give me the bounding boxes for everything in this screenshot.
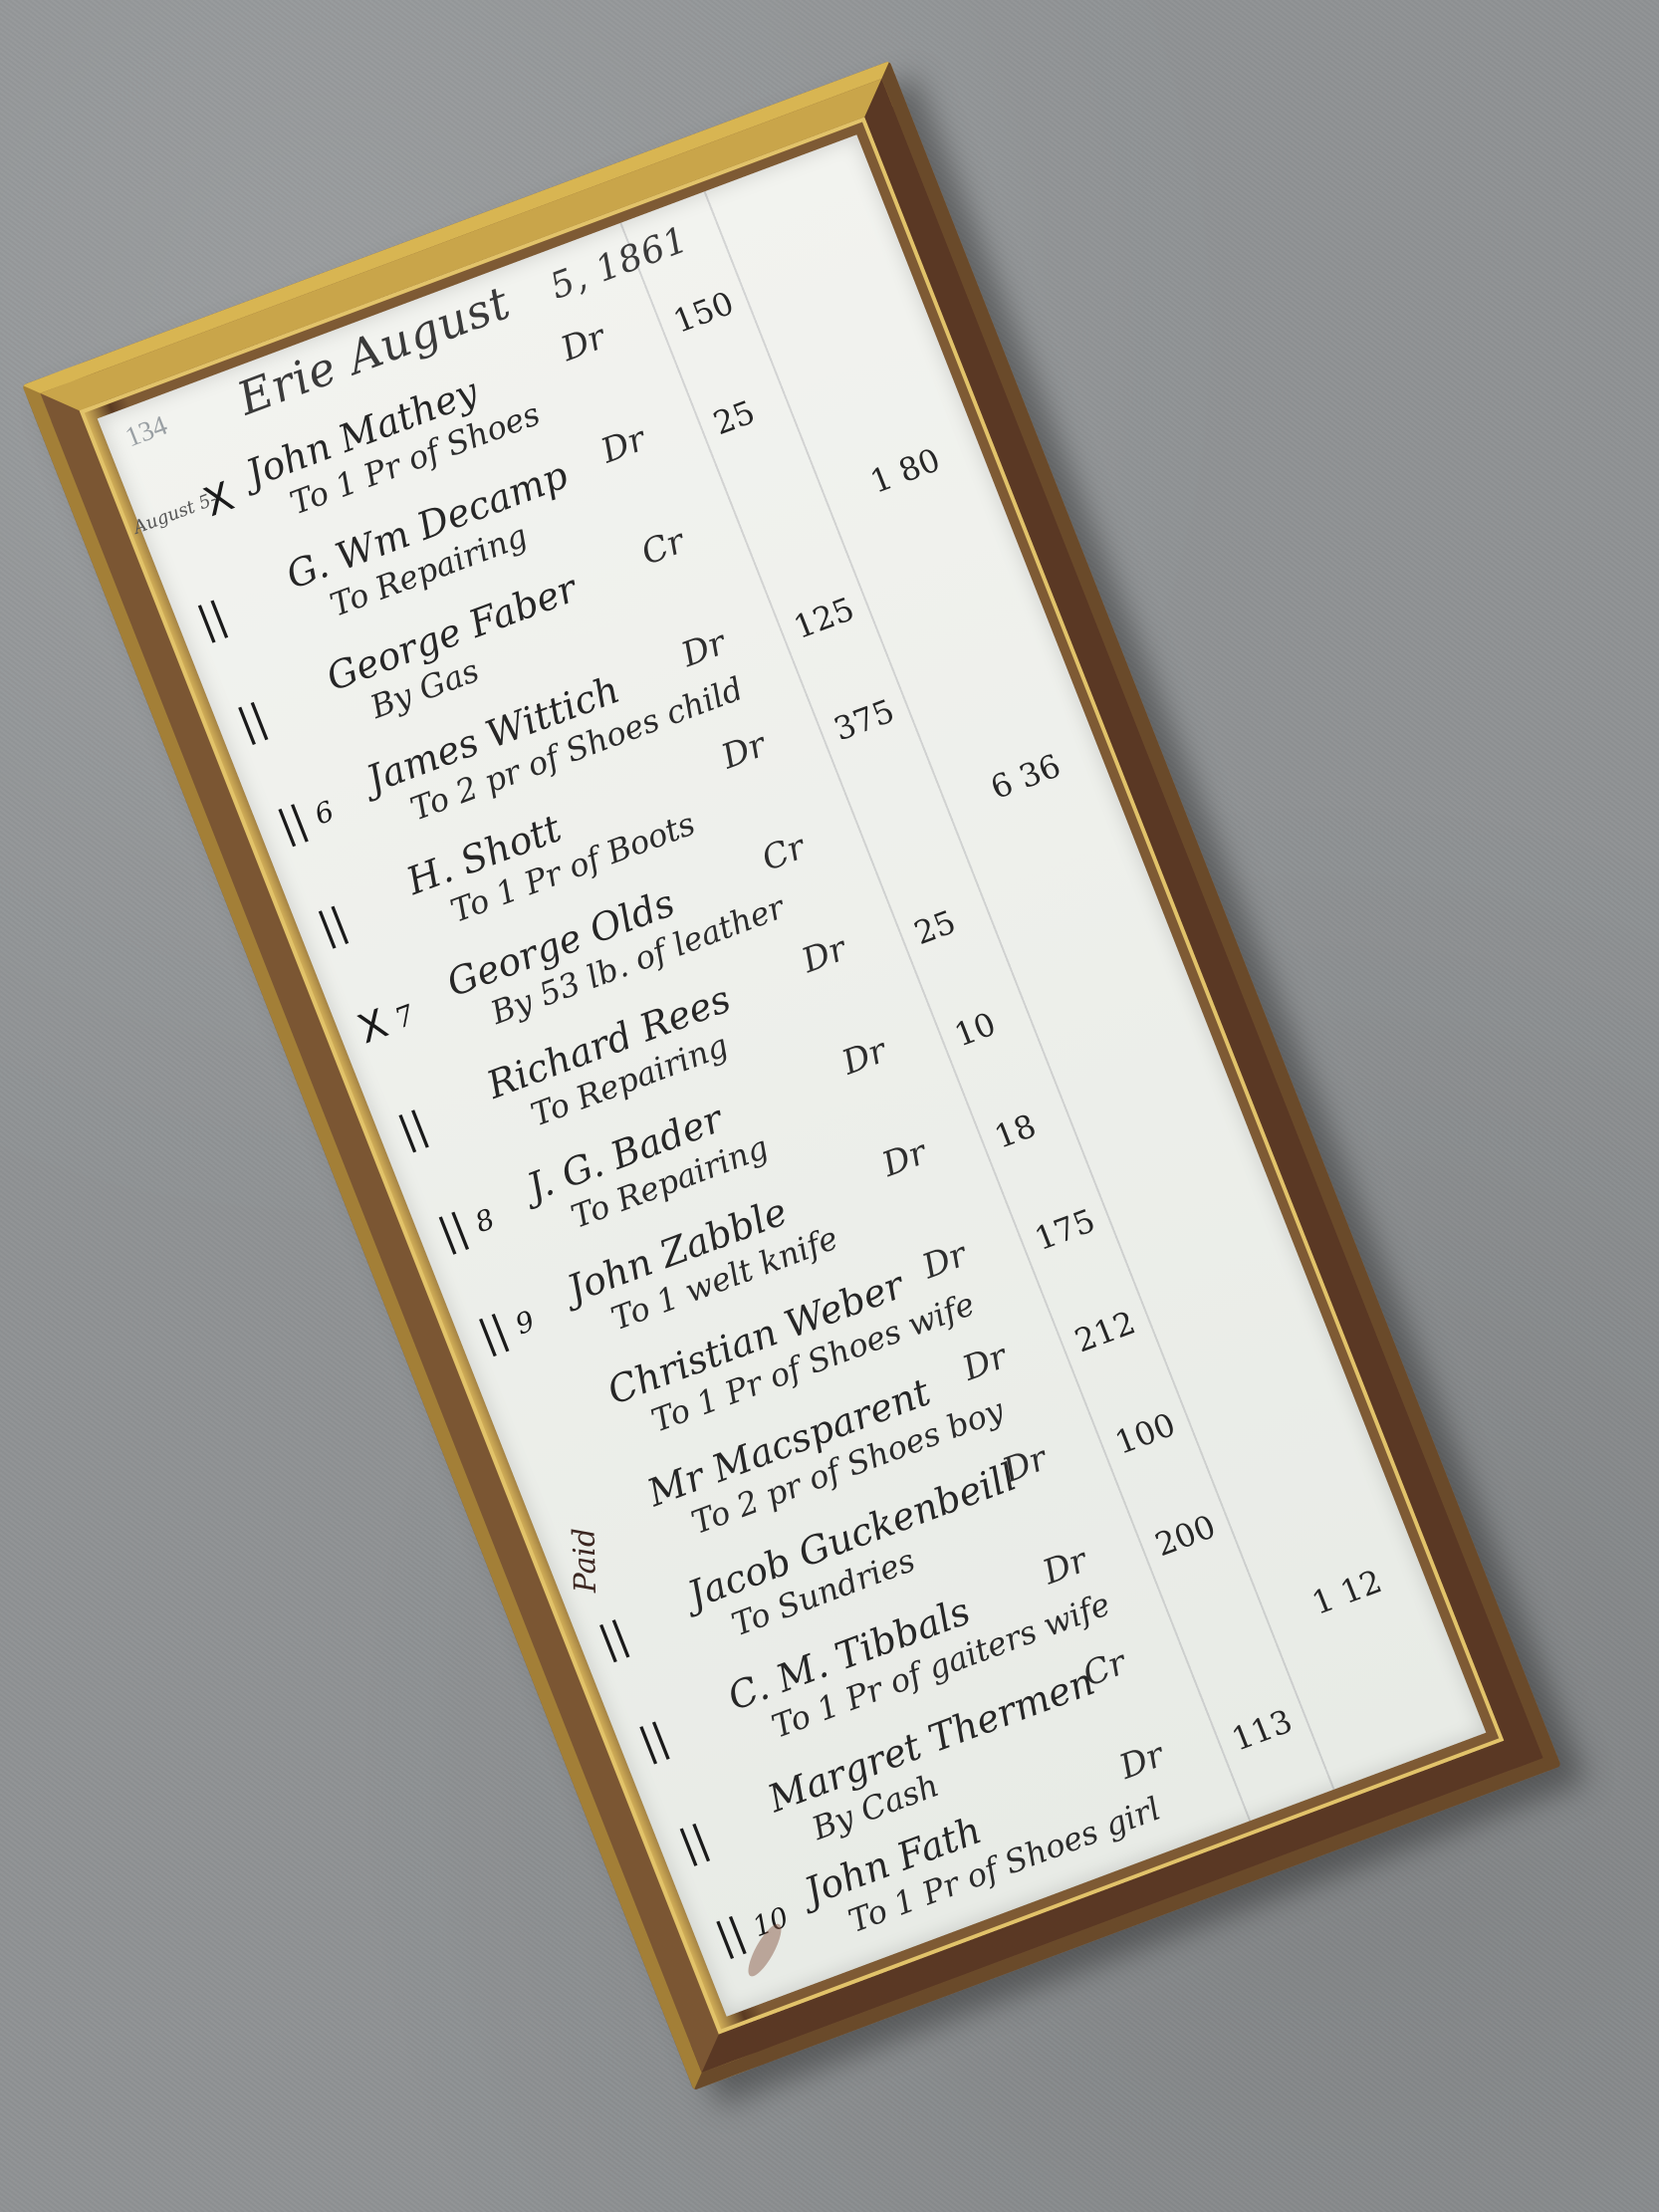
entry-day: 7 xyxy=(390,998,419,1035)
entry-check-mark: || xyxy=(312,899,354,951)
page-number: 134 xyxy=(121,410,172,454)
entry-amount: 25 xyxy=(909,902,961,952)
entry-check-mark: || xyxy=(432,1205,474,1257)
entry-amount: 100 xyxy=(1109,1405,1180,1462)
entry-dr-cr: Dr xyxy=(676,623,731,675)
paid-annotation: Paid xyxy=(567,1528,603,1594)
entry-check-mark: X xyxy=(352,1001,394,1053)
entry-check-mark: || xyxy=(592,1612,634,1664)
entry-amount: 200 xyxy=(1150,1507,1221,1564)
entry-dr-cr: Cr xyxy=(757,828,811,879)
entry-day: 8 xyxy=(471,1202,500,1239)
entry-dr-cr: Dr xyxy=(836,1031,891,1083)
entry-amount: 10 xyxy=(949,1005,1001,1055)
entry-check-mark: || xyxy=(710,1909,752,1961)
entry-dr-cr: Dr xyxy=(1038,1541,1092,1593)
entry-dr-cr: Cr xyxy=(636,522,690,574)
entry-dr-cr: Dr xyxy=(957,1337,1012,1388)
entry-amount: 212 xyxy=(1069,1304,1140,1360)
entry-amount: 375 xyxy=(829,692,899,749)
entry-dr-cr: Dr xyxy=(877,1132,932,1184)
entry-check-mark: || xyxy=(272,797,314,849)
entry-day: 6 xyxy=(310,795,339,832)
entry-day: 9 xyxy=(511,1305,540,1342)
entry-amount: 6 36 xyxy=(986,747,1066,807)
entry-amount: 175 xyxy=(1030,1201,1100,1258)
picture-frame: 134 Erie August 5, 1861 August 5- X John… xyxy=(22,61,1561,2090)
entry-amount: 113 xyxy=(1227,1702,1298,1759)
photo-scene: 134 Erie August 5, 1861 August 5- X John… xyxy=(0,0,1659,2212)
entry-dr-cr: Dr xyxy=(595,419,650,471)
entry-amount: 150 xyxy=(668,284,739,341)
entry-amount: 18 xyxy=(989,1106,1041,1156)
entry-amount: 1 80 xyxy=(865,440,946,500)
entry-dr-cr: Dr xyxy=(556,318,610,369)
entry-check-mark: || xyxy=(392,1103,434,1154)
entry-dr-cr: Dr xyxy=(716,725,771,777)
ledger-page: 134 Erie August 5, 1861 August 5- X John… xyxy=(98,134,1486,2016)
entry-dr-cr: Dr xyxy=(917,1235,972,1287)
entry-check-mark: X xyxy=(198,474,241,526)
entry-check-mark: || xyxy=(231,695,273,747)
entry-dr-cr: Dr xyxy=(797,929,851,981)
entry-amount: 25 xyxy=(708,393,760,443)
entry-check-mark: || xyxy=(191,594,233,645)
entry-amount: 125 xyxy=(789,590,859,646)
entry-check-mark: || xyxy=(472,1307,514,1358)
entry-amount: 1 12 xyxy=(1306,1562,1387,1621)
entry-check-mark: || xyxy=(673,1817,715,1868)
entry-check-mark: || xyxy=(633,1715,675,1767)
